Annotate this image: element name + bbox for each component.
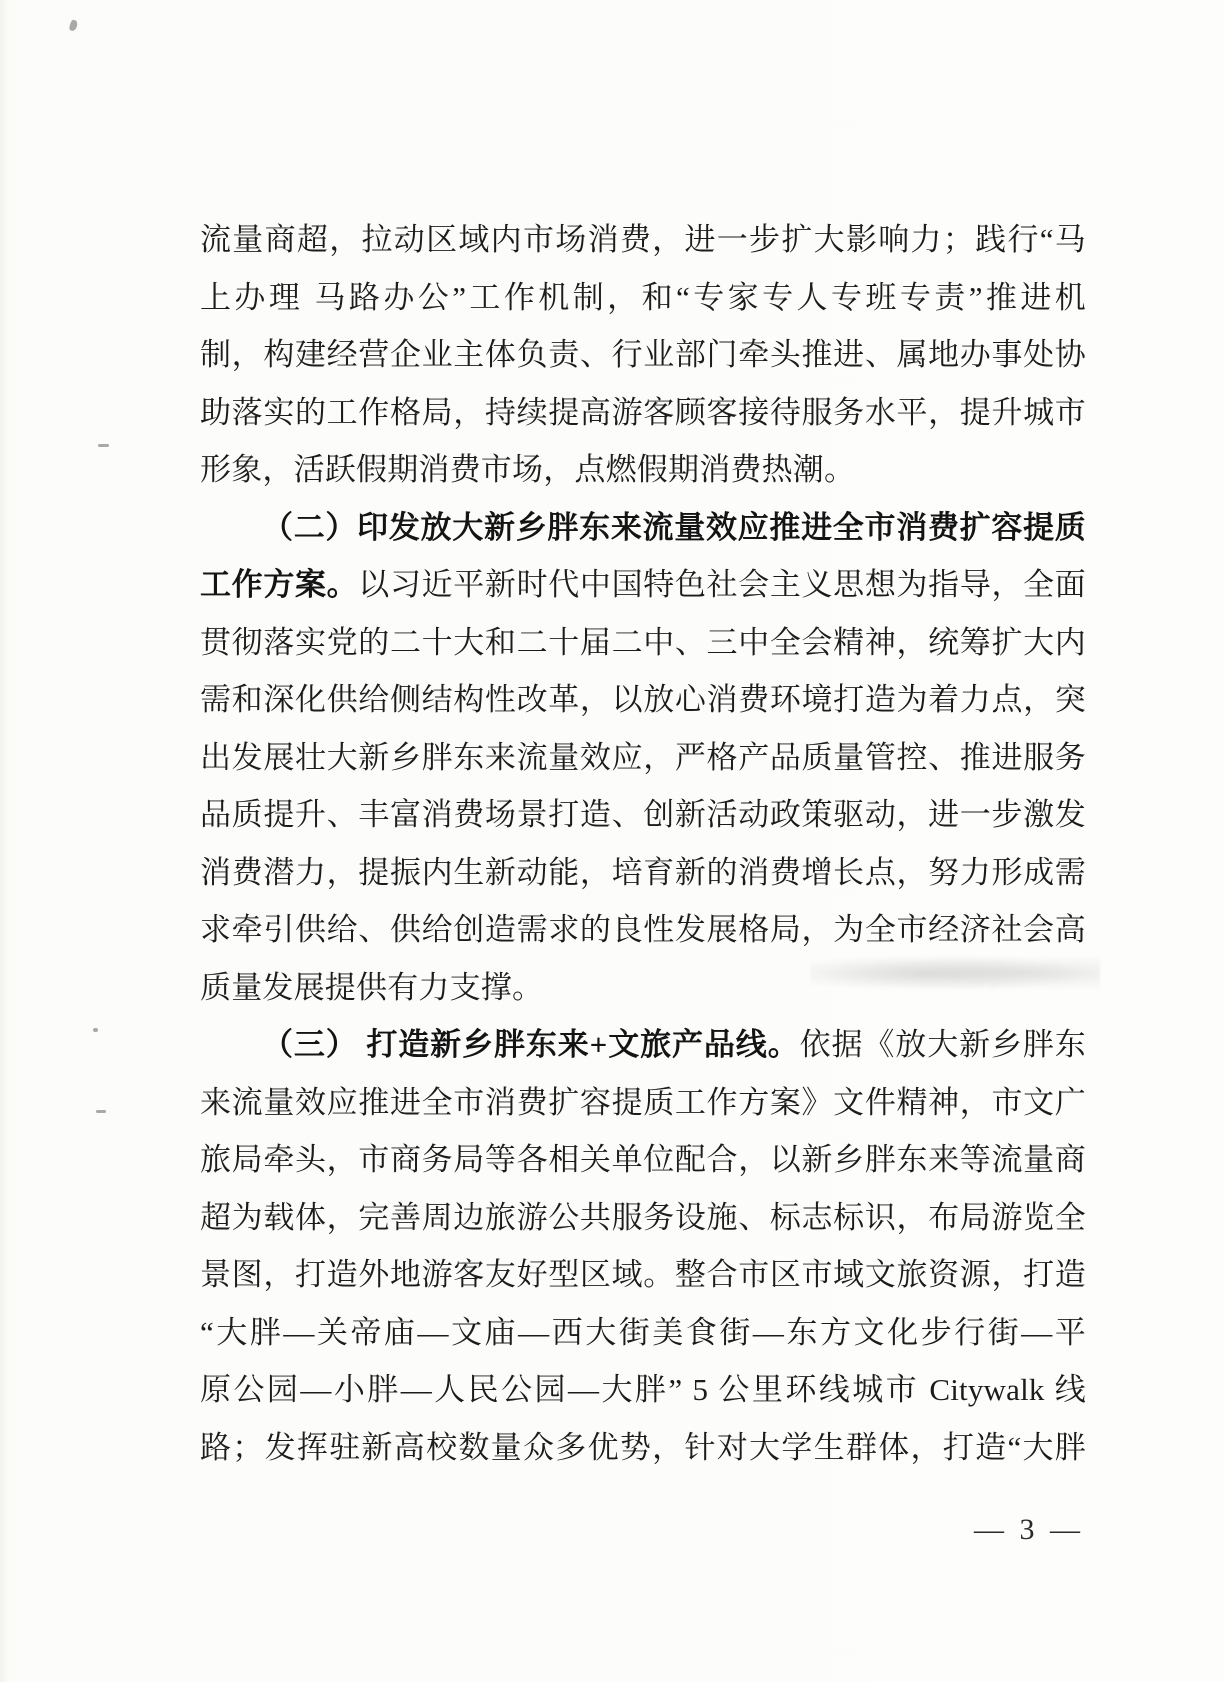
scan-speck xyxy=(96,1110,106,1113)
text-segment: 贯彻落实党的二十大和二十届二中、三中全会精神，统筹扩大内 xyxy=(200,625,1086,660)
text-segment: （二）印发放大新乡胖东来流量效应推进全市消费扩容提质 xyxy=(262,510,1086,545)
text-line: 质量发展提供有力支撑。 xyxy=(200,959,1086,1017)
text-segment: 出发展壮大新乡胖东来流量效应，严格产品质量管控、推进服务 xyxy=(200,740,1086,775)
page-number: — 3 — xyxy=(974,1513,1084,1547)
text-line: 助落实的工作格局，持续提高游客顾客接待服务水平，提升城市 xyxy=(200,384,1086,442)
text-line: （三） 打造新乡胖东来+文旅产品线。依据《放大新乡胖东 xyxy=(200,1016,1086,1074)
text-line: 旅局牵头，市商务局等各相关单位配合，以新乡胖东来等流量商 xyxy=(200,1131,1086,1189)
text-segment: 景图，打造外地游客友好型区域。整合市区市域文旅资源，打造 xyxy=(200,1257,1086,1292)
scan-speck xyxy=(68,19,78,32)
text-segment: 工作方案。 xyxy=(200,567,358,602)
text-line: 品质提升、丰富消费场景打造、创新活动政策驱动，进一步激发 xyxy=(200,786,1086,844)
text-segment: 形象，活跃假期消费市场，点燃假期消费热潮。 xyxy=(200,452,855,487)
text-line: 形象，活跃假期消费市场，点燃假期消费热潮。 xyxy=(200,441,1086,499)
text-line: 景图，打造外地游客友好型区域。整合市区市域文旅资源，打造 xyxy=(200,1246,1086,1304)
text-line: 制，构建经营企业主体负责、行业部门牵头推进、属地办事处协 xyxy=(200,326,1086,384)
text-segment: 旅局牵头，市商务局等各相关单位配合，以新乡胖东来等流量商 xyxy=(200,1142,1086,1177)
document-body: 流量商超，拉动区域内市场消费，进一步扩大影响力；践行“马上办理 马路办公”工作机… xyxy=(200,211,1086,1476)
text-line: （二）印发放大新乡胖东来流量效应推进全市消费扩容提质 xyxy=(200,499,1086,557)
text-line: 超为载体，完善周边旅游公共服务设施、标志标识，布局游览全 xyxy=(200,1189,1086,1247)
text-segment: 制，构建经营企业主体负责、行业部门牵头推进、属地办事处协 xyxy=(200,337,1086,372)
text-segment: 求牵引供给、供给创造需求的良性发展格局，为全市经济社会高 xyxy=(200,912,1086,947)
text-line: 上办理 马路办公”工作机制，和“专家专人专班专责”推进机 xyxy=(200,269,1086,327)
text-segment: 依据《放大新乡胖东 xyxy=(800,1027,1086,1062)
text-segment: 上办理 马路办公”工作机制，和“专家专人专班专责”推进机 xyxy=(200,280,1086,315)
text-segment: “大胖—关帝庙—文庙—西大街美食街—东方文化步行街—平 xyxy=(200,1315,1086,1350)
scanned-page: 流量商超，拉动区域内市场消费，进一步扩大影响力；践行“马上办理 马路办公”工作机… xyxy=(0,0,1224,1682)
scan-speck xyxy=(93,1028,98,1032)
text-line: 来流量效应推进全市消费扩容提质工作方案》文件精神，市文广 xyxy=(200,1074,1086,1132)
text-segment: 流量商超，拉动区域内市场消费，进一步扩大影响力；践行“马 xyxy=(200,222,1086,257)
text-segment: 以习近平新时代中国特色社会主义思想为指导，全面 xyxy=(358,567,1086,602)
text-segment: 质量发展提供有力支撑。 xyxy=(200,970,543,1005)
text-segment: 品质提升、丰富消费场景打造、创新活动政策驱动，进一步激发 xyxy=(200,797,1086,832)
text-line: 求牵引供给、供给创造需求的良性发展格局，为全市经济社会高 xyxy=(200,901,1086,959)
scan-speck xyxy=(98,444,109,447)
text-segment: （三） 打造新乡胖东来+文旅产品线。 xyxy=(262,1027,800,1062)
text-line: 出发展壮大新乡胖东来流量效应，严格产品质量管控、推进服务 xyxy=(200,729,1086,787)
text-line: 路；发挥驻新高校数量众多优势，针对大学生群体，打造“大胖 xyxy=(200,1419,1086,1477)
text-segment: 助落实的工作格局，持续提高游客顾客接待服务水平，提升城市 xyxy=(200,395,1086,430)
text-line: 贯彻落实党的二十大和二十届二中、三中全会精神，统筹扩大内 xyxy=(200,614,1086,672)
text-line: 需和深化供给侧结构性改革，以放心消费环境打造为着力点，突 xyxy=(200,671,1086,729)
text-line: 消费潜力，提振内生新动能，培育新的消费增长点，努力形成需 xyxy=(200,844,1086,902)
text-segment: 来流量效应推进全市消费扩容提质工作方案》文件精神，市文广 xyxy=(200,1085,1086,1120)
text-line: 流量商超，拉动区域内市场消费，进一步扩大影响力；践行“马 xyxy=(200,211,1086,269)
text-line: 原公园—小胖—人民公园—大胖” 5 公里环线城市 Citywalk 线 xyxy=(200,1361,1086,1419)
text-segment: 原公园—小胖—人民公园—大胖” 5 公里环线城市 Citywalk 线 xyxy=(200,1372,1086,1407)
text-line: 工作方案。以习近平新时代中国特色社会主义思想为指导，全面 xyxy=(200,556,1086,614)
text-segment: 消费潜力，提振内生新动能，培育新的消费增长点，努力形成需 xyxy=(200,855,1086,890)
text-segment: 路；发挥驻新高校数量众多优势，针对大学生群体，打造“大胖 xyxy=(200,1430,1086,1465)
text-line: “大胖—关帝庙—文庙—西大街美食街—东方文化步行街—平 xyxy=(200,1304,1086,1362)
text-segment: 超为载体，完善周边旅游公共服务设施、标志标识，布局游览全 xyxy=(200,1200,1086,1235)
text-segment: 需和深化供给侧结构性改革，以放心消费环境打造为着力点，突 xyxy=(200,682,1086,717)
